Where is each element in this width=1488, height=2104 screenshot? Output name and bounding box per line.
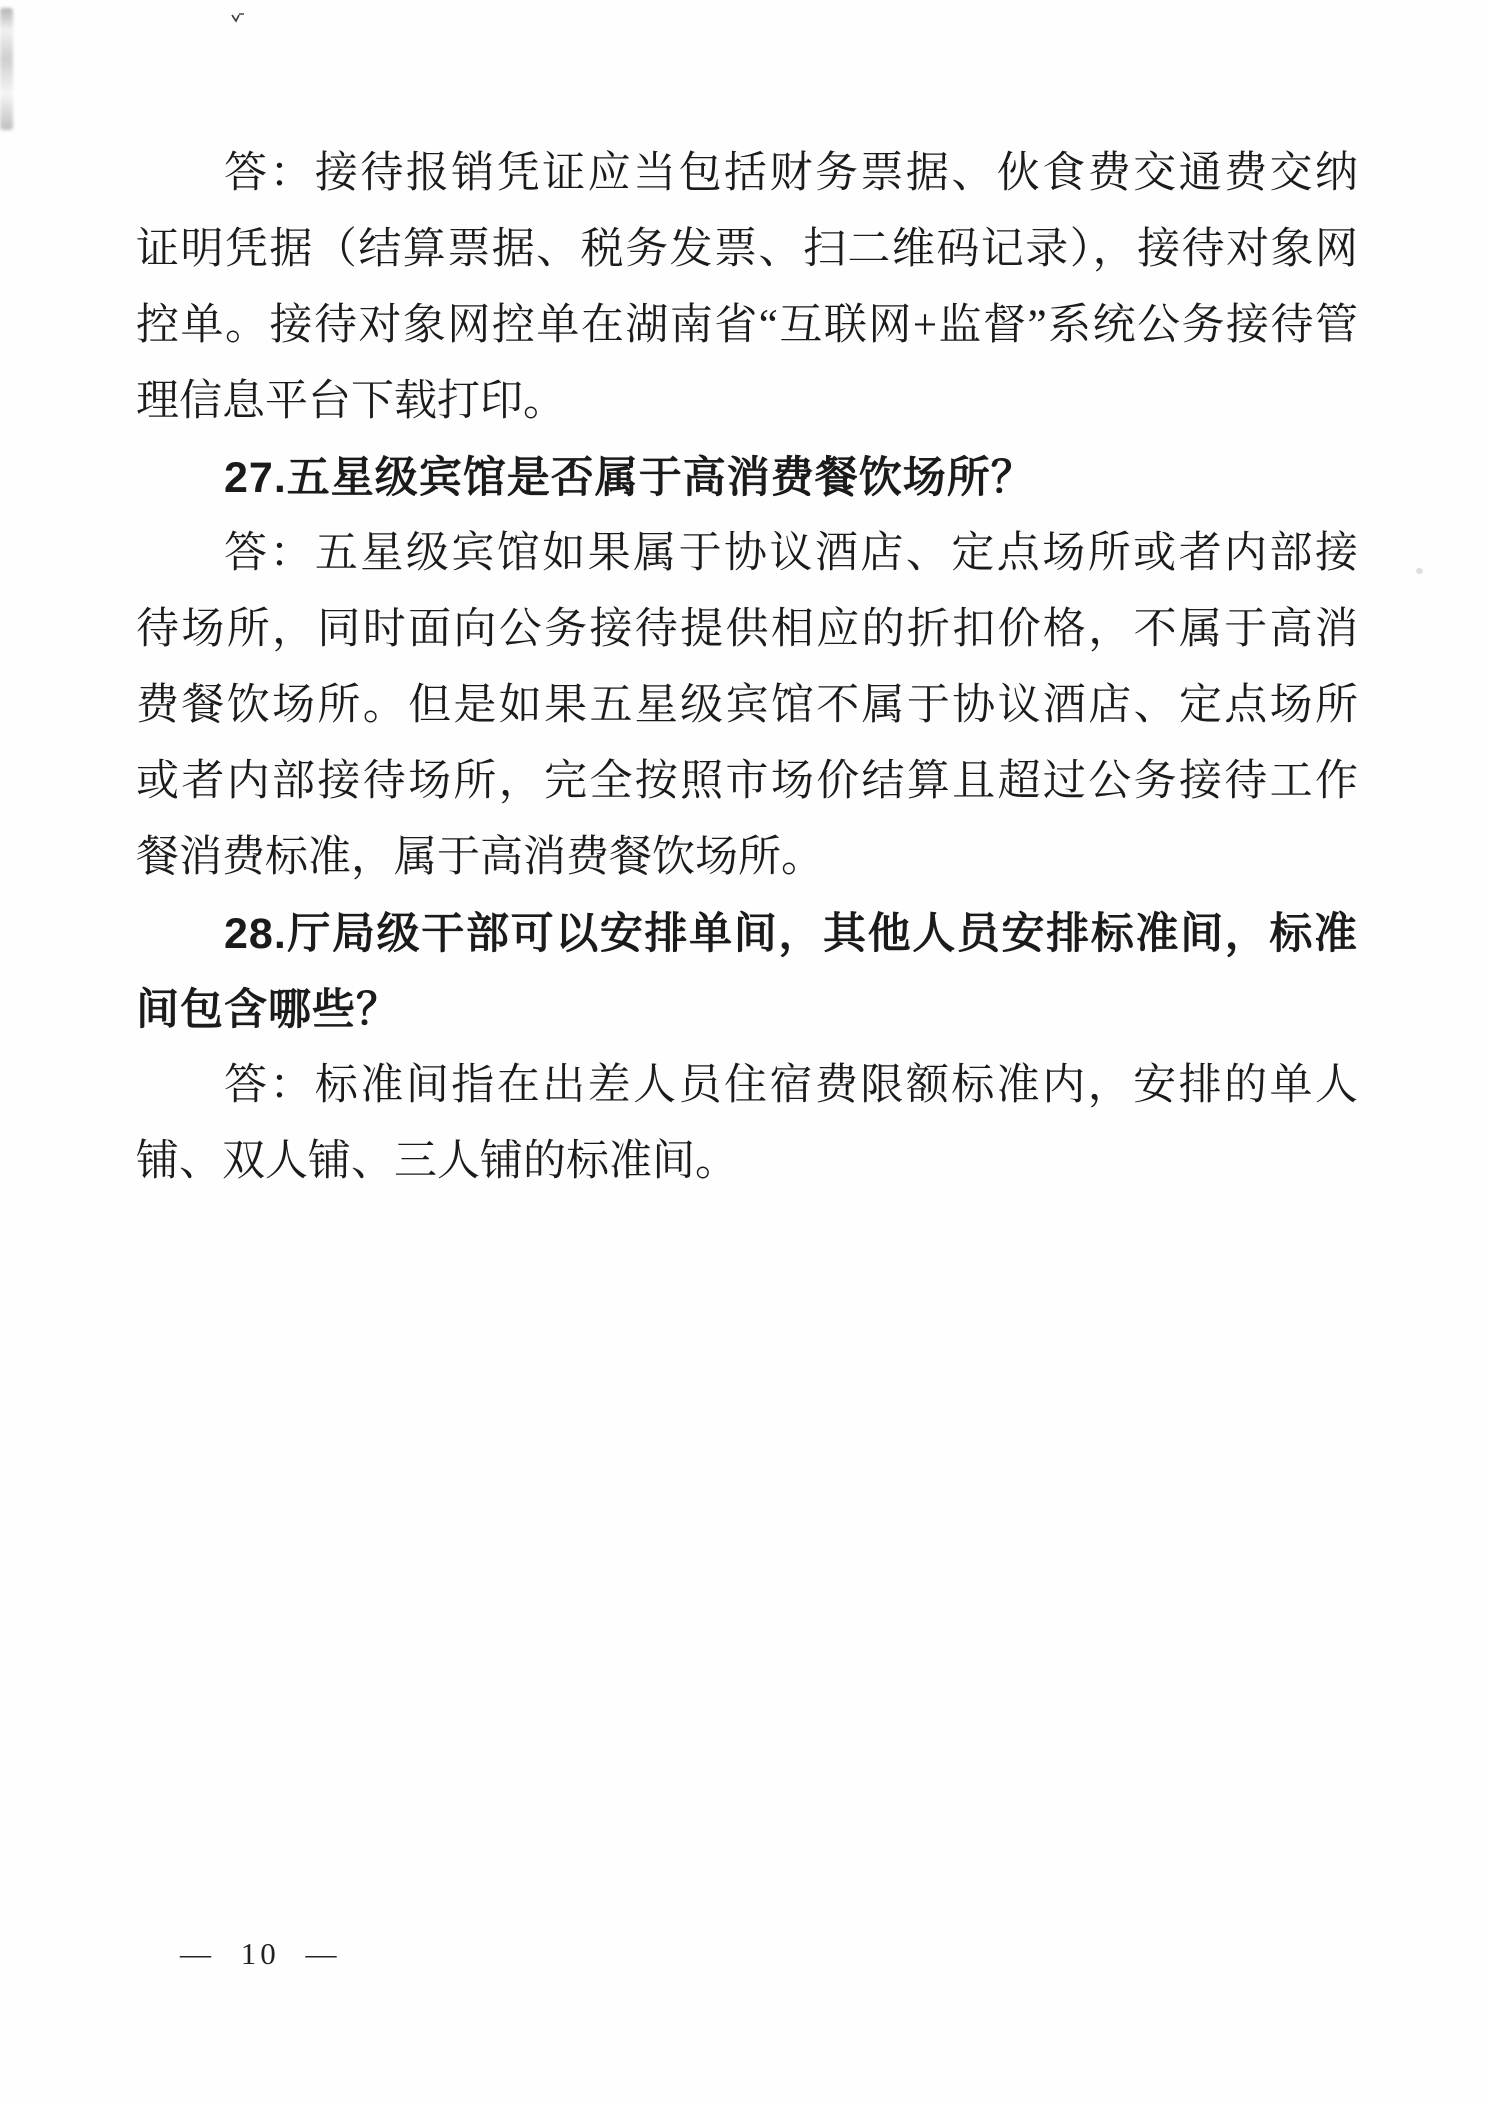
text-line: 理信息平台下载打印。 — [136, 364, 1358, 440]
text-line: 费餐饮场所。但是如果五星级宾馆不属于协议酒店、定点场所 — [136, 668, 1358, 744]
text-line: 答：标准间指在出差人员住宿费限额标准内，安排的单人 — [136, 1048, 1358, 1124]
question-heading-line: 27.五星级宾馆是否属于高消费餐饮场所？ — [136, 440, 1358, 516]
page-number: — 10 — — [180, 1936, 341, 1972]
scan-artifact-smudge — [0, 8, 13, 130]
text-line: 控单。接待对象网控单在湖南省“互联网+监督”系统公务接待管 — [136, 288, 1358, 364]
text-line: 或者内部接待场所，完全按照市场价结算且超过公务接待工作 — [136, 744, 1358, 820]
document-page: 答：接待报销凭证应当包括财务票据、伙食费交通费交纳 证明凭据（结算票据、税务发票… — [0, 0, 1488, 2104]
text-line: 答：五星级宾馆如果属于协议酒店、定点场所或者内部接 — [136, 516, 1358, 592]
answer-paragraph-previous: 答：接待报销凭证应当包括财务票据、伙食费交通费交纳 证明凭据（结算票据、税务发票… — [136, 136, 1358, 440]
text-line: 待场所，同时面向公务接待提供相应的折扣价格，不属于高消 — [136, 592, 1358, 668]
document-text-block: 答：接待报销凭证应当包括财务票据、伙食费交通费交纳 证明凭据（结算票据、税务发票… — [136, 136, 1358, 1200]
text-line: 证明凭据（结算票据、税务发票、扫二维码记录），接待对象网 — [136, 212, 1358, 288]
answer-27-paragraph: 答：五星级宾馆如果属于协议酒店、定点场所或者内部接 待场所，同时面向公务接待提供… — [136, 516, 1358, 896]
question-27-heading: 27.五星级宾馆是否属于高消费餐饮场所？ — [136, 440, 1358, 516]
answer-28-paragraph: 答：标准间指在出差人员住宿费限额标准内，安排的单人 铺、双人铺、三人铺的标准间。 — [136, 1048, 1358, 1200]
question-28-heading: 28.厅局级干部可以安排单间，其他人员安排标准间，标准 间包含哪些？ — [136, 896, 1358, 1048]
question-heading-line: 28.厅局级干部可以安排单间，其他人员安排标准间，标准 — [136, 896, 1358, 972]
question-heading-line: 间包含哪些？ — [136, 972, 1358, 1048]
text-line: 铺、双人铺、三人铺的标准间。 — [136, 1124, 1358, 1200]
text-line: 餐消费标准，属于高消费餐饮场所。 — [136, 820, 1358, 896]
scan-artifact-mark — [231, 12, 245, 24]
scan-artifact-speck — [1416, 568, 1423, 574]
text-line: 答：接待报销凭证应当包括财务票据、伙食费交通费交纳 — [136, 136, 1358, 212]
